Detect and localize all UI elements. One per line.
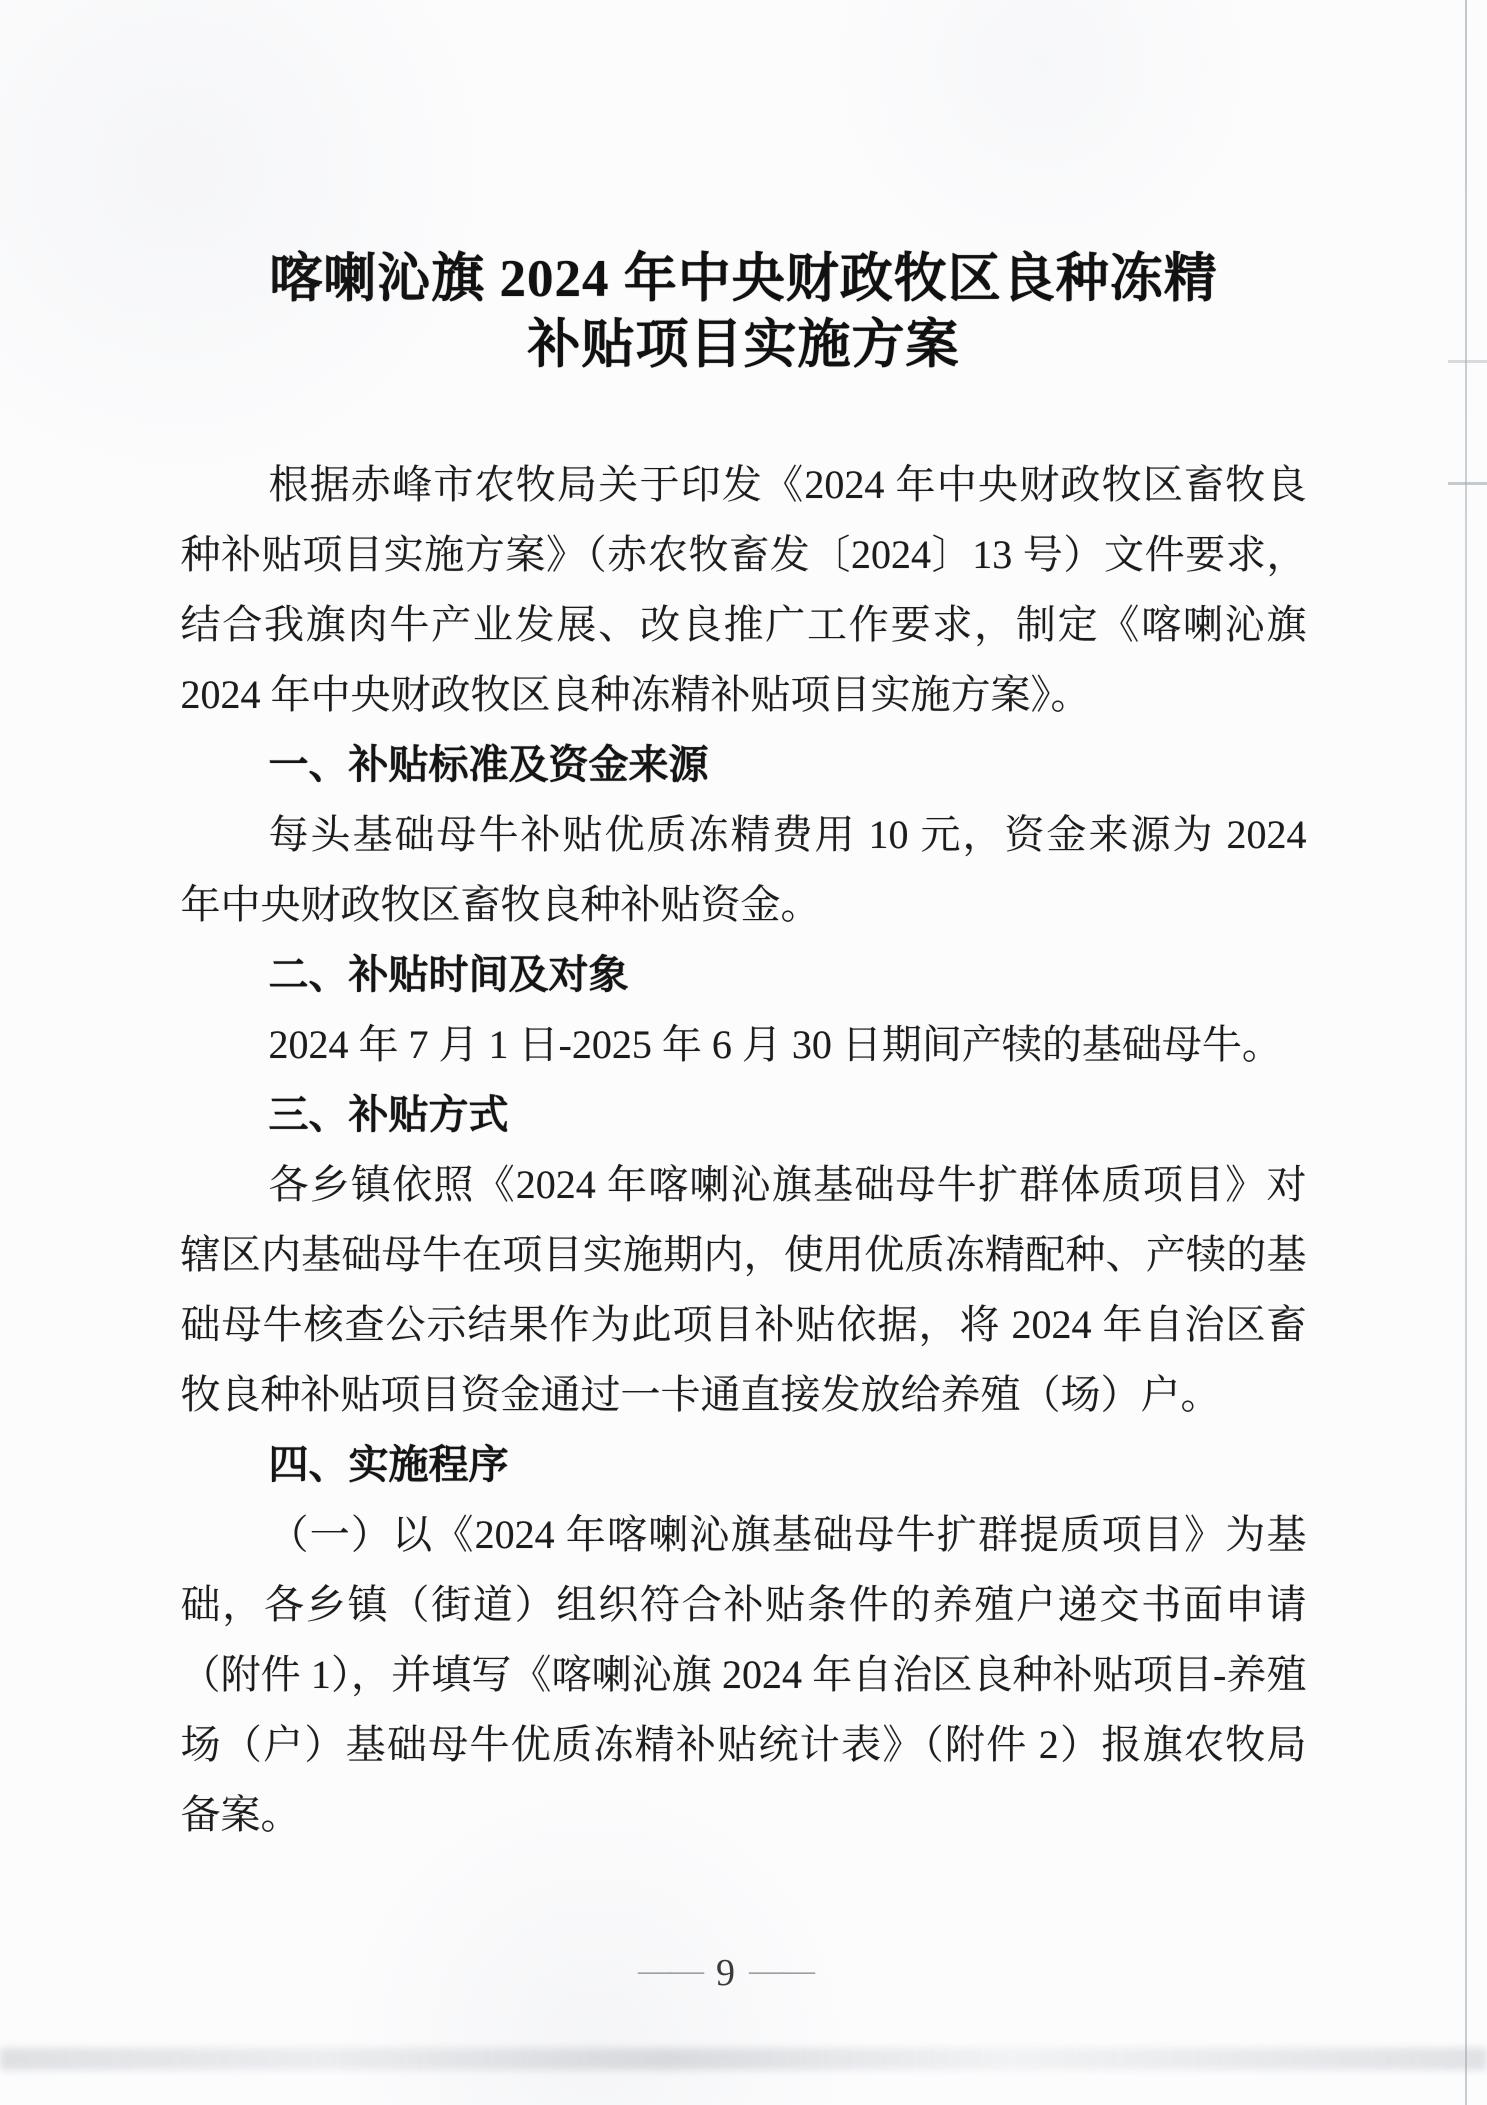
- paragraph: 根据赤峰市农牧局关于印发《2024 年中央财政牧区畜牧良种补贴项目实施方案》（赤…: [181, 450, 1307, 730]
- paragraph: 2024 年 7 月 1 日-2025 年 6 月 30 日期间产犊的基础母牛。: [181, 1010, 1307, 1080]
- document-title-line-2: 补贴项目实施方案: [0, 312, 1487, 378]
- paragraph: 各乡镇依照《2024 年喀喇沁旗基础母牛扩群体质项目》对辖区内基础母牛在项目实施…: [181, 1150, 1307, 1430]
- section-heading: 二、补贴时间及对象: [181, 940, 1307, 1010]
- paragraph: 每头基础母牛补贴优质冻精费用 10 元，资金来源为 2024 年中央财政牧区畜牧…: [181, 800, 1307, 940]
- document-title-line-1: 喀喇沁旗 2024 年中央财政牧区良种冻精: [0, 246, 1487, 312]
- paragraph: （一）以《2024 年喀喇沁旗基础母牛扩群提质项目》为基础，各乡镇（街道）组织符…: [181, 1500, 1307, 1850]
- page-number: 9: [716, 1952, 735, 1994]
- section-heading: 一、补贴标准及资金来源: [181, 730, 1307, 800]
- scan-artifact-vertical-line: [1465, 0, 1467, 2105]
- page-footer: ——9——: [0, 1948, 1469, 2000]
- page-number-dash-left: ——: [624, 1952, 716, 1989]
- scan-artifact-bottom-smudge: [0, 2048, 1487, 2070]
- scan-artifact-tick: [1448, 482, 1487, 485]
- document-title: 喀喇沁旗 2024 年中央财政牧区良种冻精 补贴项目实施方案: [0, 0, 1487, 378]
- section-heading: 四、实施程序: [181, 1430, 1307, 1500]
- page-number-dash-right: ——: [735, 1952, 827, 1989]
- section-heading: 三、补贴方式: [181, 1080, 1307, 1150]
- document-page: 喀喇沁旗 2024 年中央财政牧区良种冻精 补贴项目实施方案 根据赤峰市农牧局关…: [0, 0, 1487, 2105]
- scan-artifact-tick: [1448, 360, 1487, 363]
- document-body: 根据赤峰市农牧局关于印发《2024 年中央财政牧区畜牧良种补贴项目实施方案》（赤…: [181, 450, 1307, 1850]
